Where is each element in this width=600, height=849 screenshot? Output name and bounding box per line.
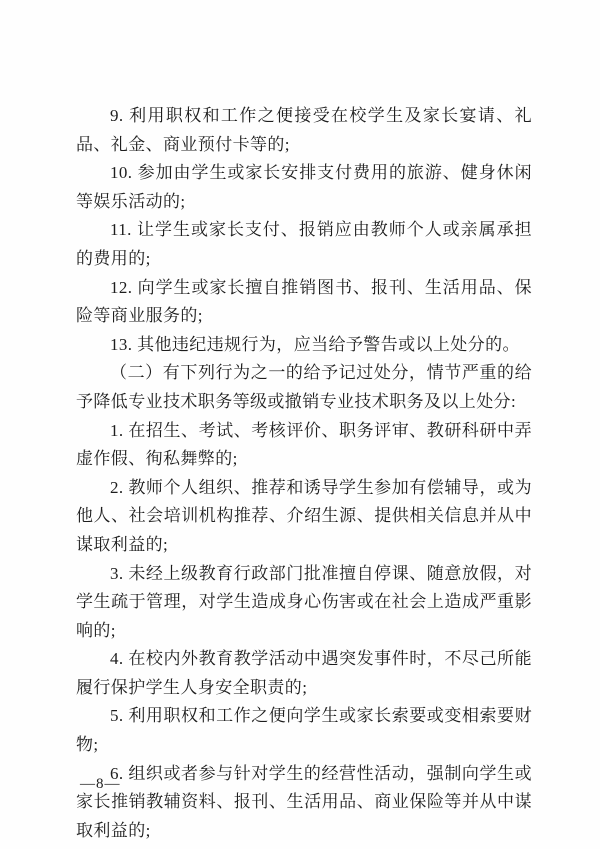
section-2-item-3: 3. 未经上级教育行政部门批准擅自停课、随意放假，对学生疏于管理，对学生造成身心… xyxy=(76,560,532,646)
list-item-13: 13. 其他违纪违规行为，应当给予警告或以上处分的。 xyxy=(76,331,532,360)
section-2-item-5: 5. 利用职权和工作之便向学生或家长索要或变相索要财物; xyxy=(76,702,532,759)
list-item-12: 12. 向学生或家长擅自推销图书、报刊、生活用品、保险等商业服务的; xyxy=(76,274,532,331)
list-item-11: 11. 让学生或家长支付、报销应由教师个人或亲属承担的费用的; xyxy=(76,216,532,273)
page-number: —8— xyxy=(80,776,121,793)
document-page: 9. 利用职权和工作之便接受在校学生及家长宴请、礼品、礼金、商业预付卡等的; 1… xyxy=(0,0,600,849)
section-2-item-6: 6. 组织或者参与针对学生的经营性活动，强制向学生或家长推销教辅资料、报刊、生活… xyxy=(76,760,532,846)
section-2-item-2: 2. 教师个人组织、推荐和诱导学生参加有偿辅导，或为他人、社会培训机构推荐、介绍… xyxy=(76,474,532,560)
section-2-intro: （二）有下列行为之一的给予记过处分，情节严重的给予降低专业技术职务等级或撤销专业… xyxy=(76,359,532,416)
document-body: 9. 利用职权和工作之便接受在校学生及家长宴请、礼品、礼金、商业预付卡等的; 1… xyxy=(76,102,532,845)
list-item-9: 9. 利用职权和工作之便接受在校学生及家长宴请、礼品、礼金、商业预付卡等的; xyxy=(76,102,532,159)
section-2-item-1: 1. 在招生、考试、考核评价、职务评审、教研科研中弄虚作假、徇私舞弊的; xyxy=(76,417,532,474)
section-2-item-4: 4. 在校内外教育教学活动中遇突发事件时，不尽己所能履行保护学生人身安全职责的; xyxy=(76,645,532,702)
list-item-10: 10. 参加由学生或家长安排支付费用的旅游、健身休闲等娱乐活动的; xyxy=(76,159,532,216)
